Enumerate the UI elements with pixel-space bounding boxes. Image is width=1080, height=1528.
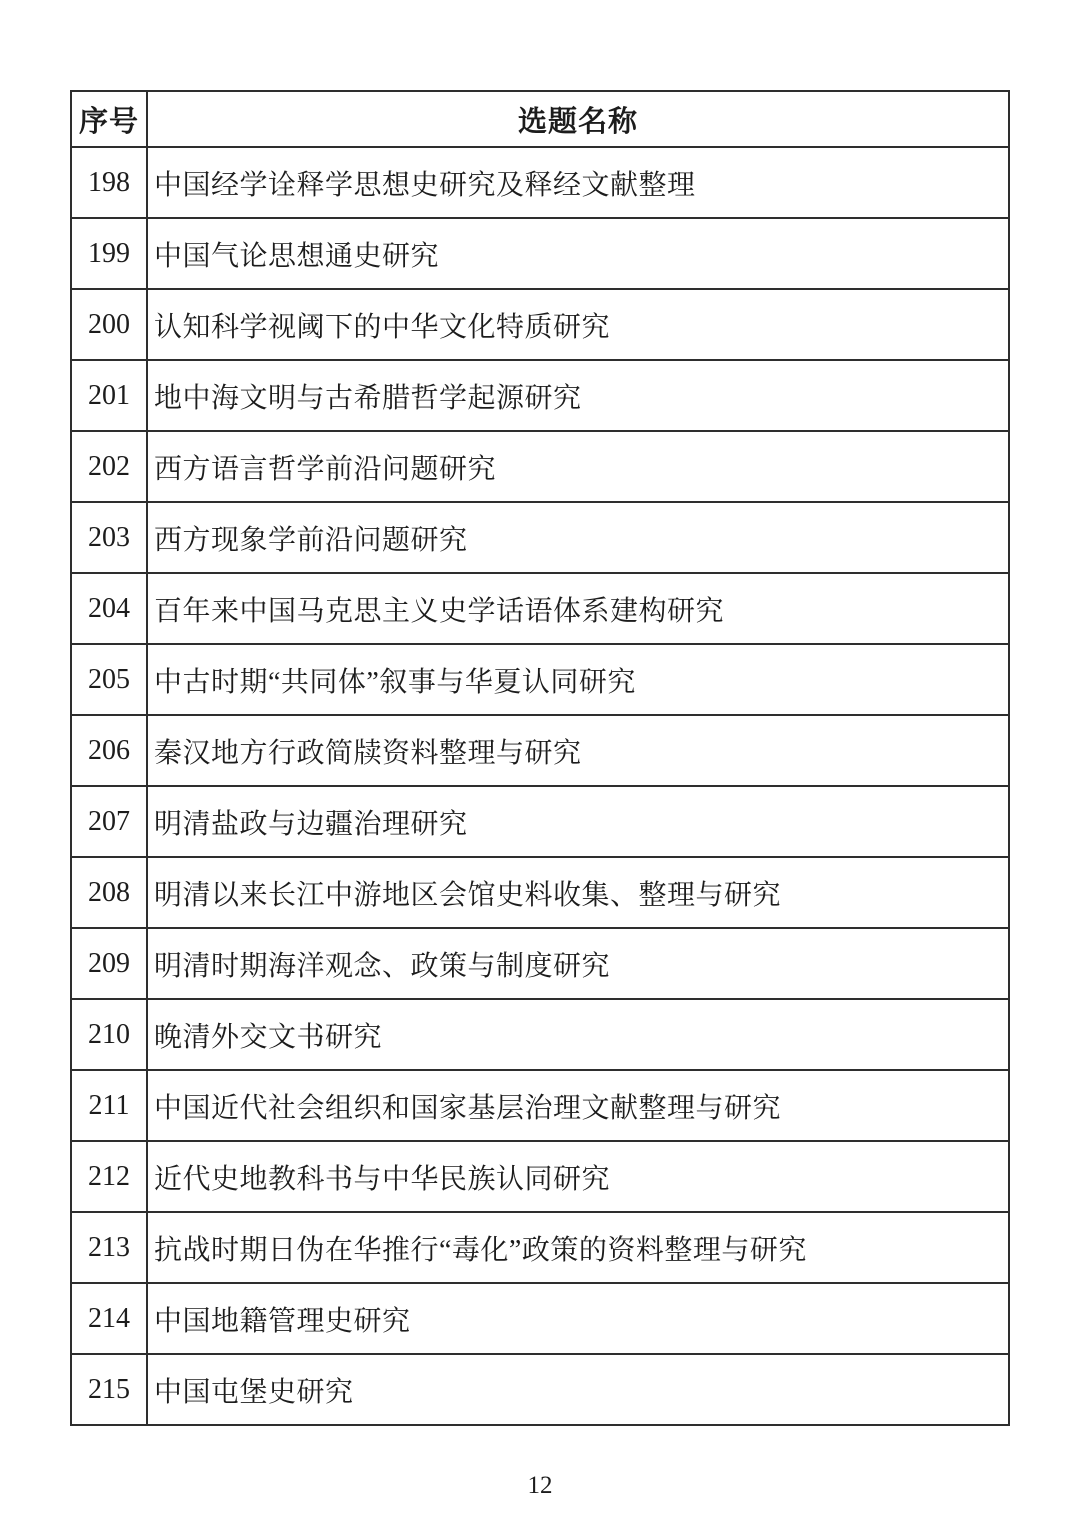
row-number-cell: 212	[71, 1141, 147, 1212]
row-topic-title-cell: 中国屯堡史研究	[147, 1354, 1009, 1425]
table-row: 199中国气论思想通史研究	[71, 218, 1009, 289]
table-row: 210晚清外交文书研究	[71, 999, 1009, 1070]
row-number-cell: 205	[71, 644, 147, 715]
table-row: 214中国地籍管理史研究	[71, 1283, 1009, 1354]
row-number-cell: 207	[71, 786, 147, 857]
row-topic-title-cell: 西方语言哲学前沿问题研究	[147, 431, 1009, 502]
row-number-cell: 201	[71, 360, 147, 431]
table-row: 207明清盐政与边疆治理研究	[71, 786, 1009, 857]
table-row: 213抗战时期日伪在华推行“毒化”政策的资料整理与研究	[71, 1212, 1009, 1283]
column-header-number: 序号	[71, 91, 147, 147]
table-row: 203西方现象学前沿问题研究	[71, 502, 1009, 573]
table-body: 198中国经学诠释学思想史研究及释经文献整理199中国气论思想通史研究200认知…	[71, 147, 1009, 1425]
row-topic-title-cell: 中国气论思想通史研究	[147, 218, 1009, 289]
row-number-cell: 198	[71, 147, 147, 218]
row-topic-title-cell: 中国经学诠释学思想史研究及释经文献整理	[147, 147, 1009, 218]
row-number-cell: 214	[71, 1283, 147, 1354]
table-row: 206秦汉地方行政简牍资料整理与研究	[71, 715, 1009, 786]
row-topic-title-cell: 地中海文明与古希腊哲学起源研究	[147, 360, 1009, 431]
row-topic-title-cell: 认知科学视阈下的中华文化特质研究	[147, 289, 1009, 360]
row-topic-title-cell: 西方现象学前沿问题研究	[147, 502, 1009, 573]
row-number-cell: 200	[71, 289, 147, 360]
page-number: 12	[0, 1472, 1080, 1500]
column-header-topic-name: 选题名称	[147, 91, 1009, 147]
row-topic-title-cell: 明清盐政与边疆治理研究	[147, 786, 1009, 857]
row-topic-title-cell: 中古时期“共同体”叙事与华夏认同研究	[147, 644, 1009, 715]
row-topic-title-cell: 中国地籍管理史研究	[147, 1283, 1009, 1354]
row-topic-title-cell: 中国近代社会组织和国家基层治理文献整理与研究	[147, 1070, 1009, 1141]
row-number-cell: 211	[71, 1070, 147, 1141]
table-row: 201地中海文明与古希腊哲学起源研究	[71, 360, 1009, 431]
row-topic-title-cell: 百年来中国马克思主义史学话语体系建构研究	[147, 573, 1009, 644]
row-number-cell: 208	[71, 857, 147, 928]
row-topic-title-cell: 晚清外交文书研究	[147, 999, 1009, 1070]
row-number-cell: 210	[71, 999, 147, 1070]
table-row: 215中国屯堡史研究	[71, 1354, 1009, 1425]
row-topic-title-cell: 明清时期海洋观念、政策与制度研究	[147, 928, 1009, 999]
row-number-cell: 204	[71, 573, 147, 644]
table-header-row: 序号 选题名称	[71, 91, 1009, 147]
row-number-cell: 202	[71, 431, 147, 502]
table-row: 211中国近代社会组织和国家基层治理文献整理与研究	[71, 1070, 1009, 1141]
row-number-cell: 215	[71, 1354, 147, 1425]
row-number-cell: 206	[71, 715, 147, 786]
table-row: 212近代史地教科书与中华民族认同研究	[71, 1141, 1009, 1212]
table-row: 200认知科学视阈下的中华文化特质研究	[71, 289, 1009, 360]
table-row: 198中国经学诠释学思想史研究及释经文献整理	[71, 147, 1009, 218]
row-number-cell: 199	[71, 218, 147, 289]
row-topic-title-cell: 明清以来长江中游地区会馆史料收集、整理与研究	[147, 857, 1009, 928]
row-topic-title-cell: 抗战时期日伪在华推行“毒化”政策的资料整理与研究	[147, 1212, 1009, 1283]
table-header: 序号 选题名称	[71, 91, 1009, 147]
table-row: 205中古时期“共同体”叙事与华夏认同研究	[71, 644, 1009, 715]
row-number-cell: 213	[71, 1212, 147, 1283]
table-row: 209明清时期海洋观念、政策与制度研究	[71, 928, 1009, 999]
table-row: 204百年来中国马克思主义史学话语体系建构研究	[71, 573, 1009, 644]
table-row: 208明清以来长江中游地区会馆史料收集、整理与研究	[71, 857, 1009, 928]
topics-table: 序号 选题名称 198中国经学诠释学思想史研究及释经文献整理199中国气论思想通…	[70, 90, 1010, 1426]
table-row: 202西方语言哲学前沿问题研究	[71, 431, 1009, 502]
row-topic-title-cell: 近代史地教科书与中华民族认同研究	[147, 1141, 1009, 1212]
document-page: 序号 选题名称 198中国经学诠释学思想史研究及释经文献整理199中国气论思想通…	[0, 0, 1080, 1528]
row-number-cell: 203	[71, 502, 147, 573]
row-topic-title-cell: 秦汉地方行政简牍资料整理与研究	[147, 715, 1009, 786]
row-number-cell: 209	[71, 928, 147, 999]
